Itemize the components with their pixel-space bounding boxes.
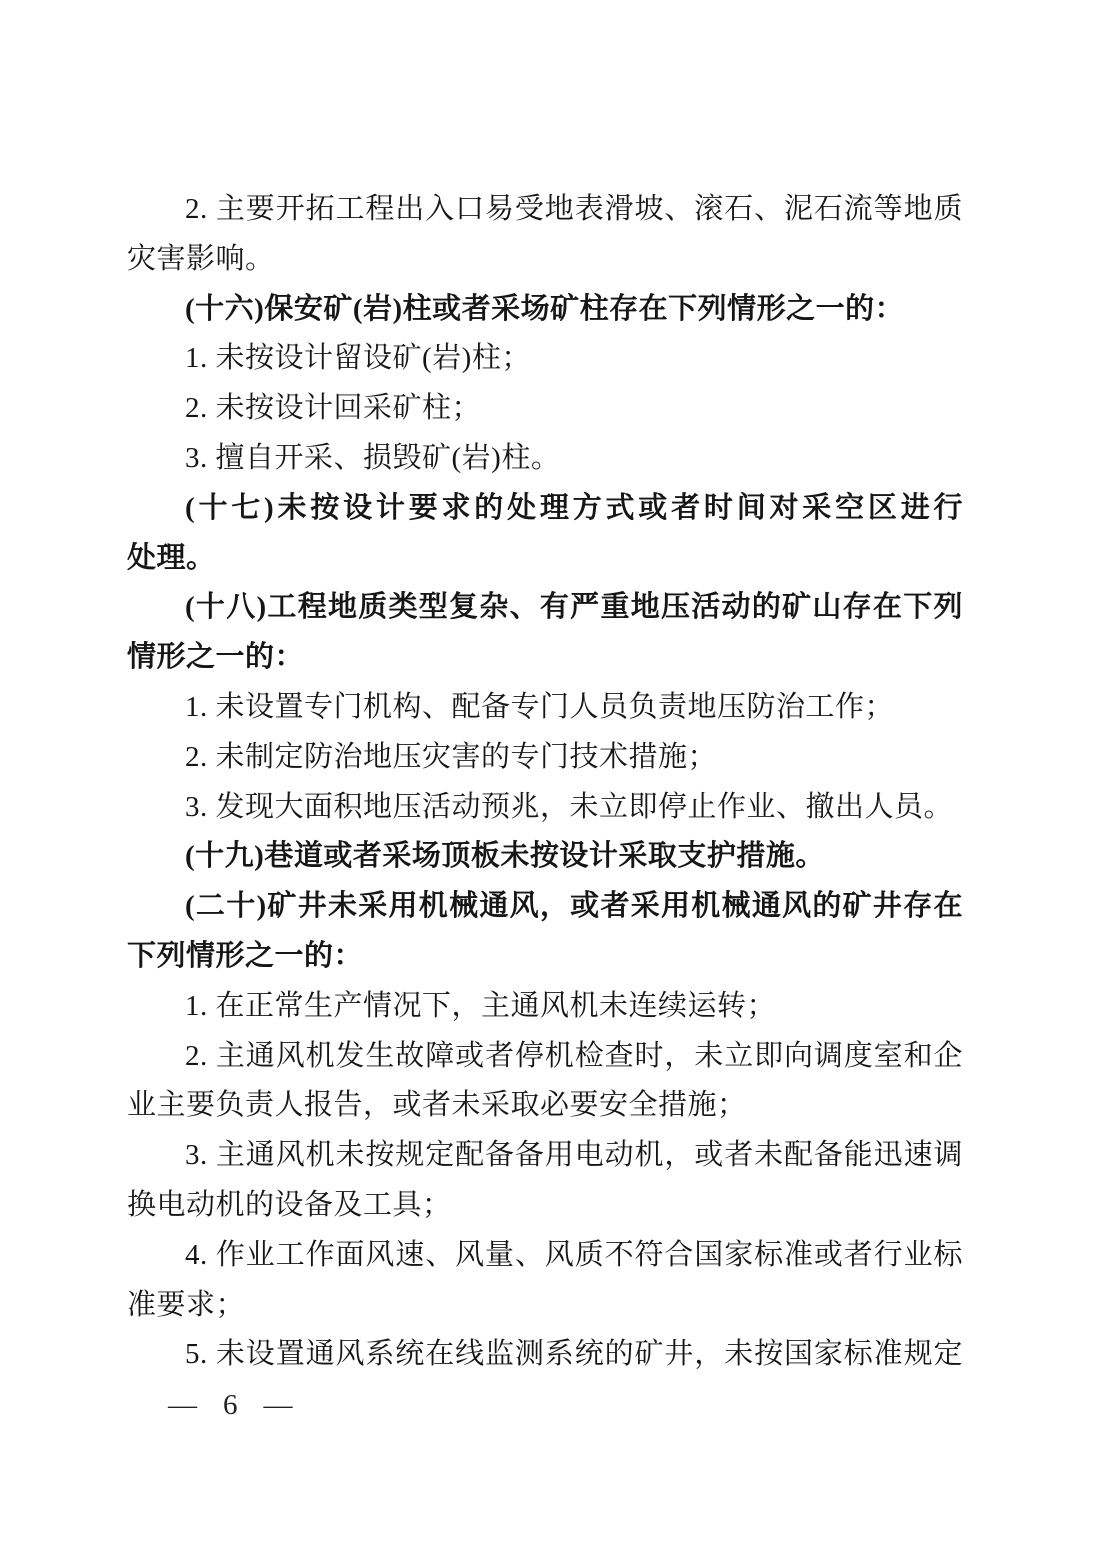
footer-dash-left: —	[168, 1381, 197, 1431]
document-body: 2. 主要开拓工程出入口易受地表滑坡、滚石、泥石流等地质灾害影响。(十六)保安矿…	[127, 185, 963, 1380]
section-heading: (十六)保安矿(岩)柱或者采场矿柱存在下列情形之一的：	[127, 285, 963, 335]
text-line: 准要求；	[127, 1281, 963, 1331]
list-item: 3. 擅自开采、损毁矿(岩)柱。	[127, 434, 963, 484]
list-item: 3. 主通风机未按规定配备备用电动机，或者未配备能迅速调换电动机的设备及工具；	[127, 1131, 963, 1231]
text-line: 换电动机的设备及工具；	[127, 1181, 963, 1231]
list-item: 2. 未按设计回采矿柱；	[127, 384, 963, 434]
text-line: 3. 主通风机未按规定配备备用电动机，或者未配备能迅速调	[127, 1131, 963, 1181]
page-footer: — 6 —	[168, 1381, 293, 1431]
list-item: 4. 作业工作面风速、风量、风质不符合国家标准或者行业标准要求；	[127, 1231, 963, 1331]
text-line: 5. 未设置通风系统在线监测系统的矿井，未按国家标准规定	[127, 1330, 963, 1380]
list-item: 3. 发现大面积地压活动预兆，未立即停止作业、撤出人员。	[127, 783, 963, 833]
list-item: 1. 未按设计留设矿(岩)柱；	[127, 334, 963, 384]
text-line: 业主要负责人报告，或者未采取必要安全措施；	[127, 1081, 963, 1131]
list-item: 5. 未设置通风系统在线监测系统的矿井，未按国家标准规定	[127, 1330, 963, 1380]
page-number: 6	[223, 1381, 238, 1431]
text-line: 2. 未制定防治地压灾害的专门技术措施；	[127, 733, 963, 783]
text-line: 2. 未按设计回采矿柱；	[127, 384, 963, 434]
text-line: 3. 发现大面积地压活动预兆，未立即停止作业、撤出人员。	[127, 783, 963, 833]
text-line: (二十)矿井未采用机械通风，或者采用机械通风的矿井存在	[127, 882, 963, 932]
list-item: 1. 在正常生产情况下，主通风机未连续运转；	[127, 982, 963, 1032]
text-line: 1. 在正常生产情况下，主通风机未连续运转；	[127, 982, 963, 1032]
text-line: 1. 未按设计留设矿(岩)柱；	[127, 334, 963, 384]
list-item: 1. 未设置专门机构、配备专门人员负责地压防治工作；	[127, 683, 963, 733]
text-line: 2. 主通风机发生故障或者停机检查时，未立即向调度室和企	[127, 1032, 963, 1082]
text-line: 4. 作业工作面风速、风量、风质不符合国家标准或者行业标	[127, 1231, 963, 1281]
text-line: 下列情形之一的：	[127, 932, 963, 982]
text-line: 1. 未设置专门机构、配备专门人员负责地压防治工作；	[127, 683, 963, 733]
text-line: 处理。	[127, 534, 963, 584]
text-line: 2. 主要开拓工程出入口易受地表滑坡、滚石、泥石流等地质	[127, 185, 963, 235]
text-line: (十六)保安矿(岩)柱或者采场矿柱存在下列情形之一的：	[127, 285, 963, 335]
document-page: 2. 主要开拓工程出入口易受地表滑坡、滚石、泥石流等地质灾害影响。(十六)保安矿…	[0, 0, 1103, 1560]
list-item: 2. 主要开拓工程出入口易受地表滑坡、滚石、泥石流等地质灾害影响。	[127, 185, 963, 285]
list-item: 2. 主通风机发生故障或者停机检查时，未立即向调度室和企业主要负责人报告，或者未…	[127, 1032, 963, 1132]
section-heading: (二十)矿井未采用机械通风，或者采用机械通风的矿井存在下列情形之一的：	[127, 882, 963, 982]
section-heading: (十九)巷道或者采场顶板未按设计采取支护措施。	[127, 832, 963, 882]
text-line: (十七)未按设计要求的处理方式或者时间对采空区进行	[127, 484, 963, 534]
text-line: (十九)巷道或者采场顶板未按设计采取支护措施。	[127, 832, 963, 882]
text-line: 灾害影响。	[127, 235, 963, 285]
text-line: 3. 擅自开采、损毁矿(岩)柱。	[127, 434, 963, 484]
text-line: (十八)工程地质类型复杂、有严重地压活动的矿山存在下列	[127, 583, 963, 633]
list-item: 2. 未制定防治地压灾害的专门技术措施；	[127, 733, 963, 783]
footer-dash-right: —	[264, 1381, 293, 1431]
text-line: 情形之一的：	[127, 633, 963, 683]
section-heading: (十八)工程地质类型复杂、有严重地压活动的矿山存在下列情形之一的：	[127, 583, 963, 683]
section-heading: (十七)未按设计要求的处理方式或者时间对采空区进行处理。	[127, 484, 963, 584]
